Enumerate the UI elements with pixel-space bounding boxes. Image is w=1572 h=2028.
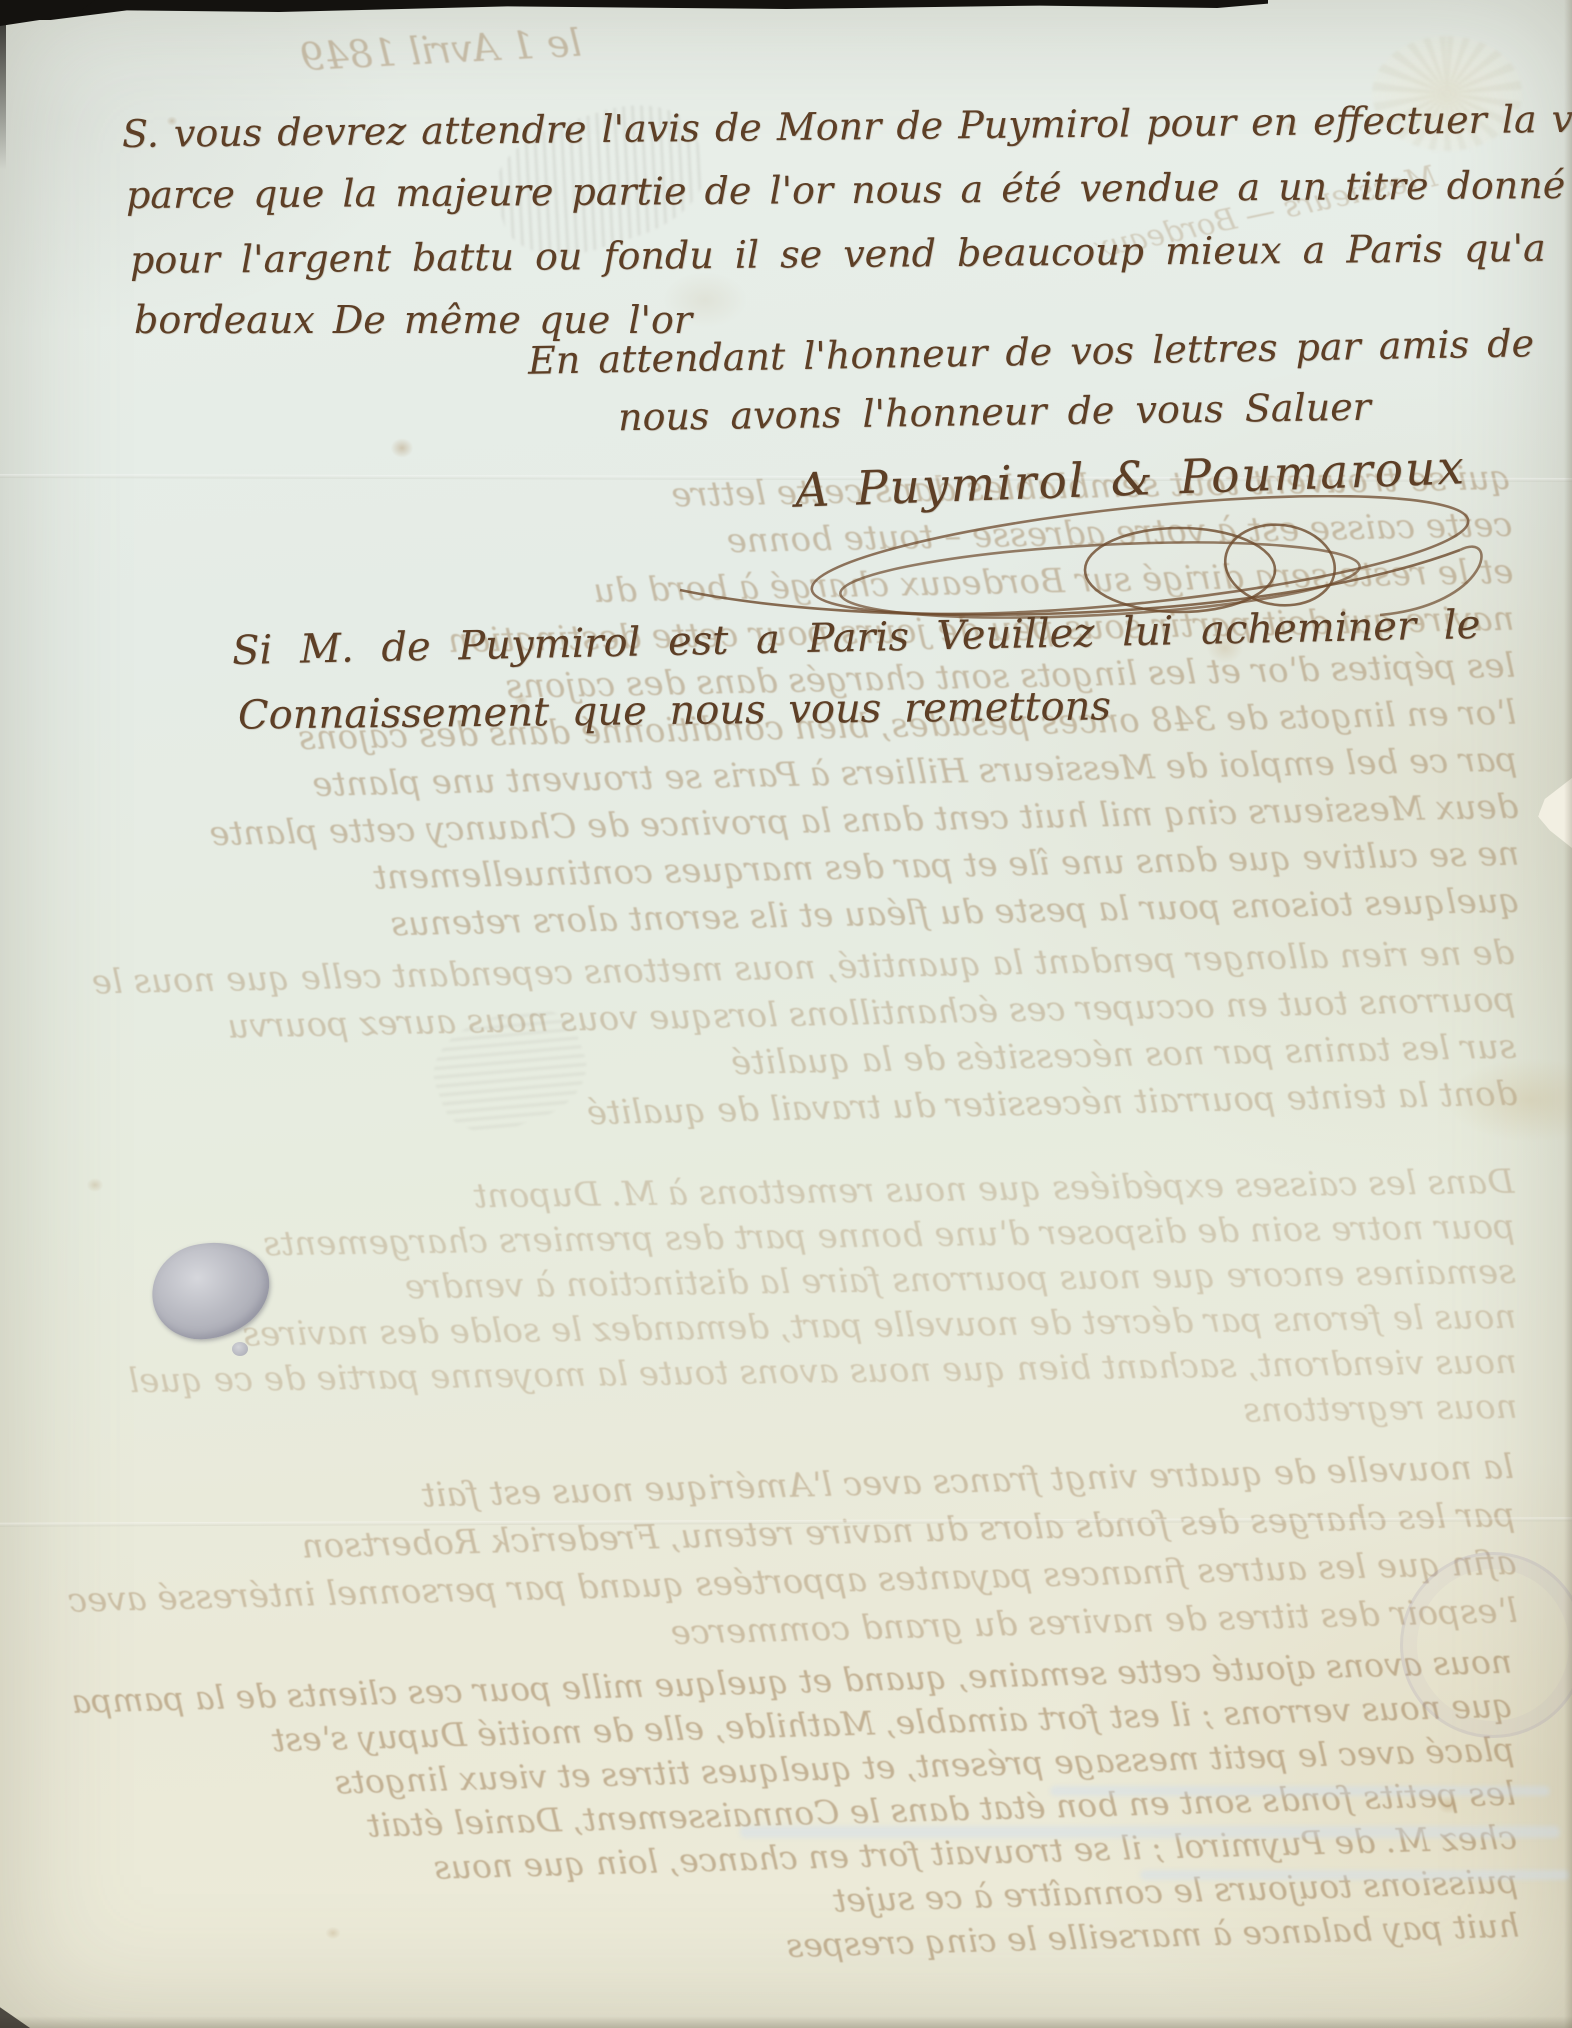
ink-layer: S. vous devrez attendre l'avis de Monr d… xyxy=(0,0,1572,2028)
body-line: pour l'argent battu ou fondu il se vend … xyxy=(130,226,1546,282)
wax-seal-fragment xyxy=(232,1342,248,1356)
postscript-line: Connaissement que nous vous remettons xyxy=(238,683,1111,738)
letter-page: le 1 Avril 1849 Messieurs — Bordeaux qui… xyxy=(0,0,1572,2028)
closing-line: nous avons l'honneur de vous Saluer xyxy=(618,385,1371,440)
body-line: bordeaux De même que l'or xyxy=(134,298,692,342)
scan-edge-bottom xyxy=(0,2016,1572,2028)
body-line: parce que la majeure partie de l'or nous… xyxy=(126,163,1566,217)
scan-edge-left xyxy=(0,0,6,170)
scan-edge-right xyxy=(1564,0,1572,2028)
body-line: S. vous devrez attendre l'avis de Monr d… xyxy=(122,96,1572,156)
